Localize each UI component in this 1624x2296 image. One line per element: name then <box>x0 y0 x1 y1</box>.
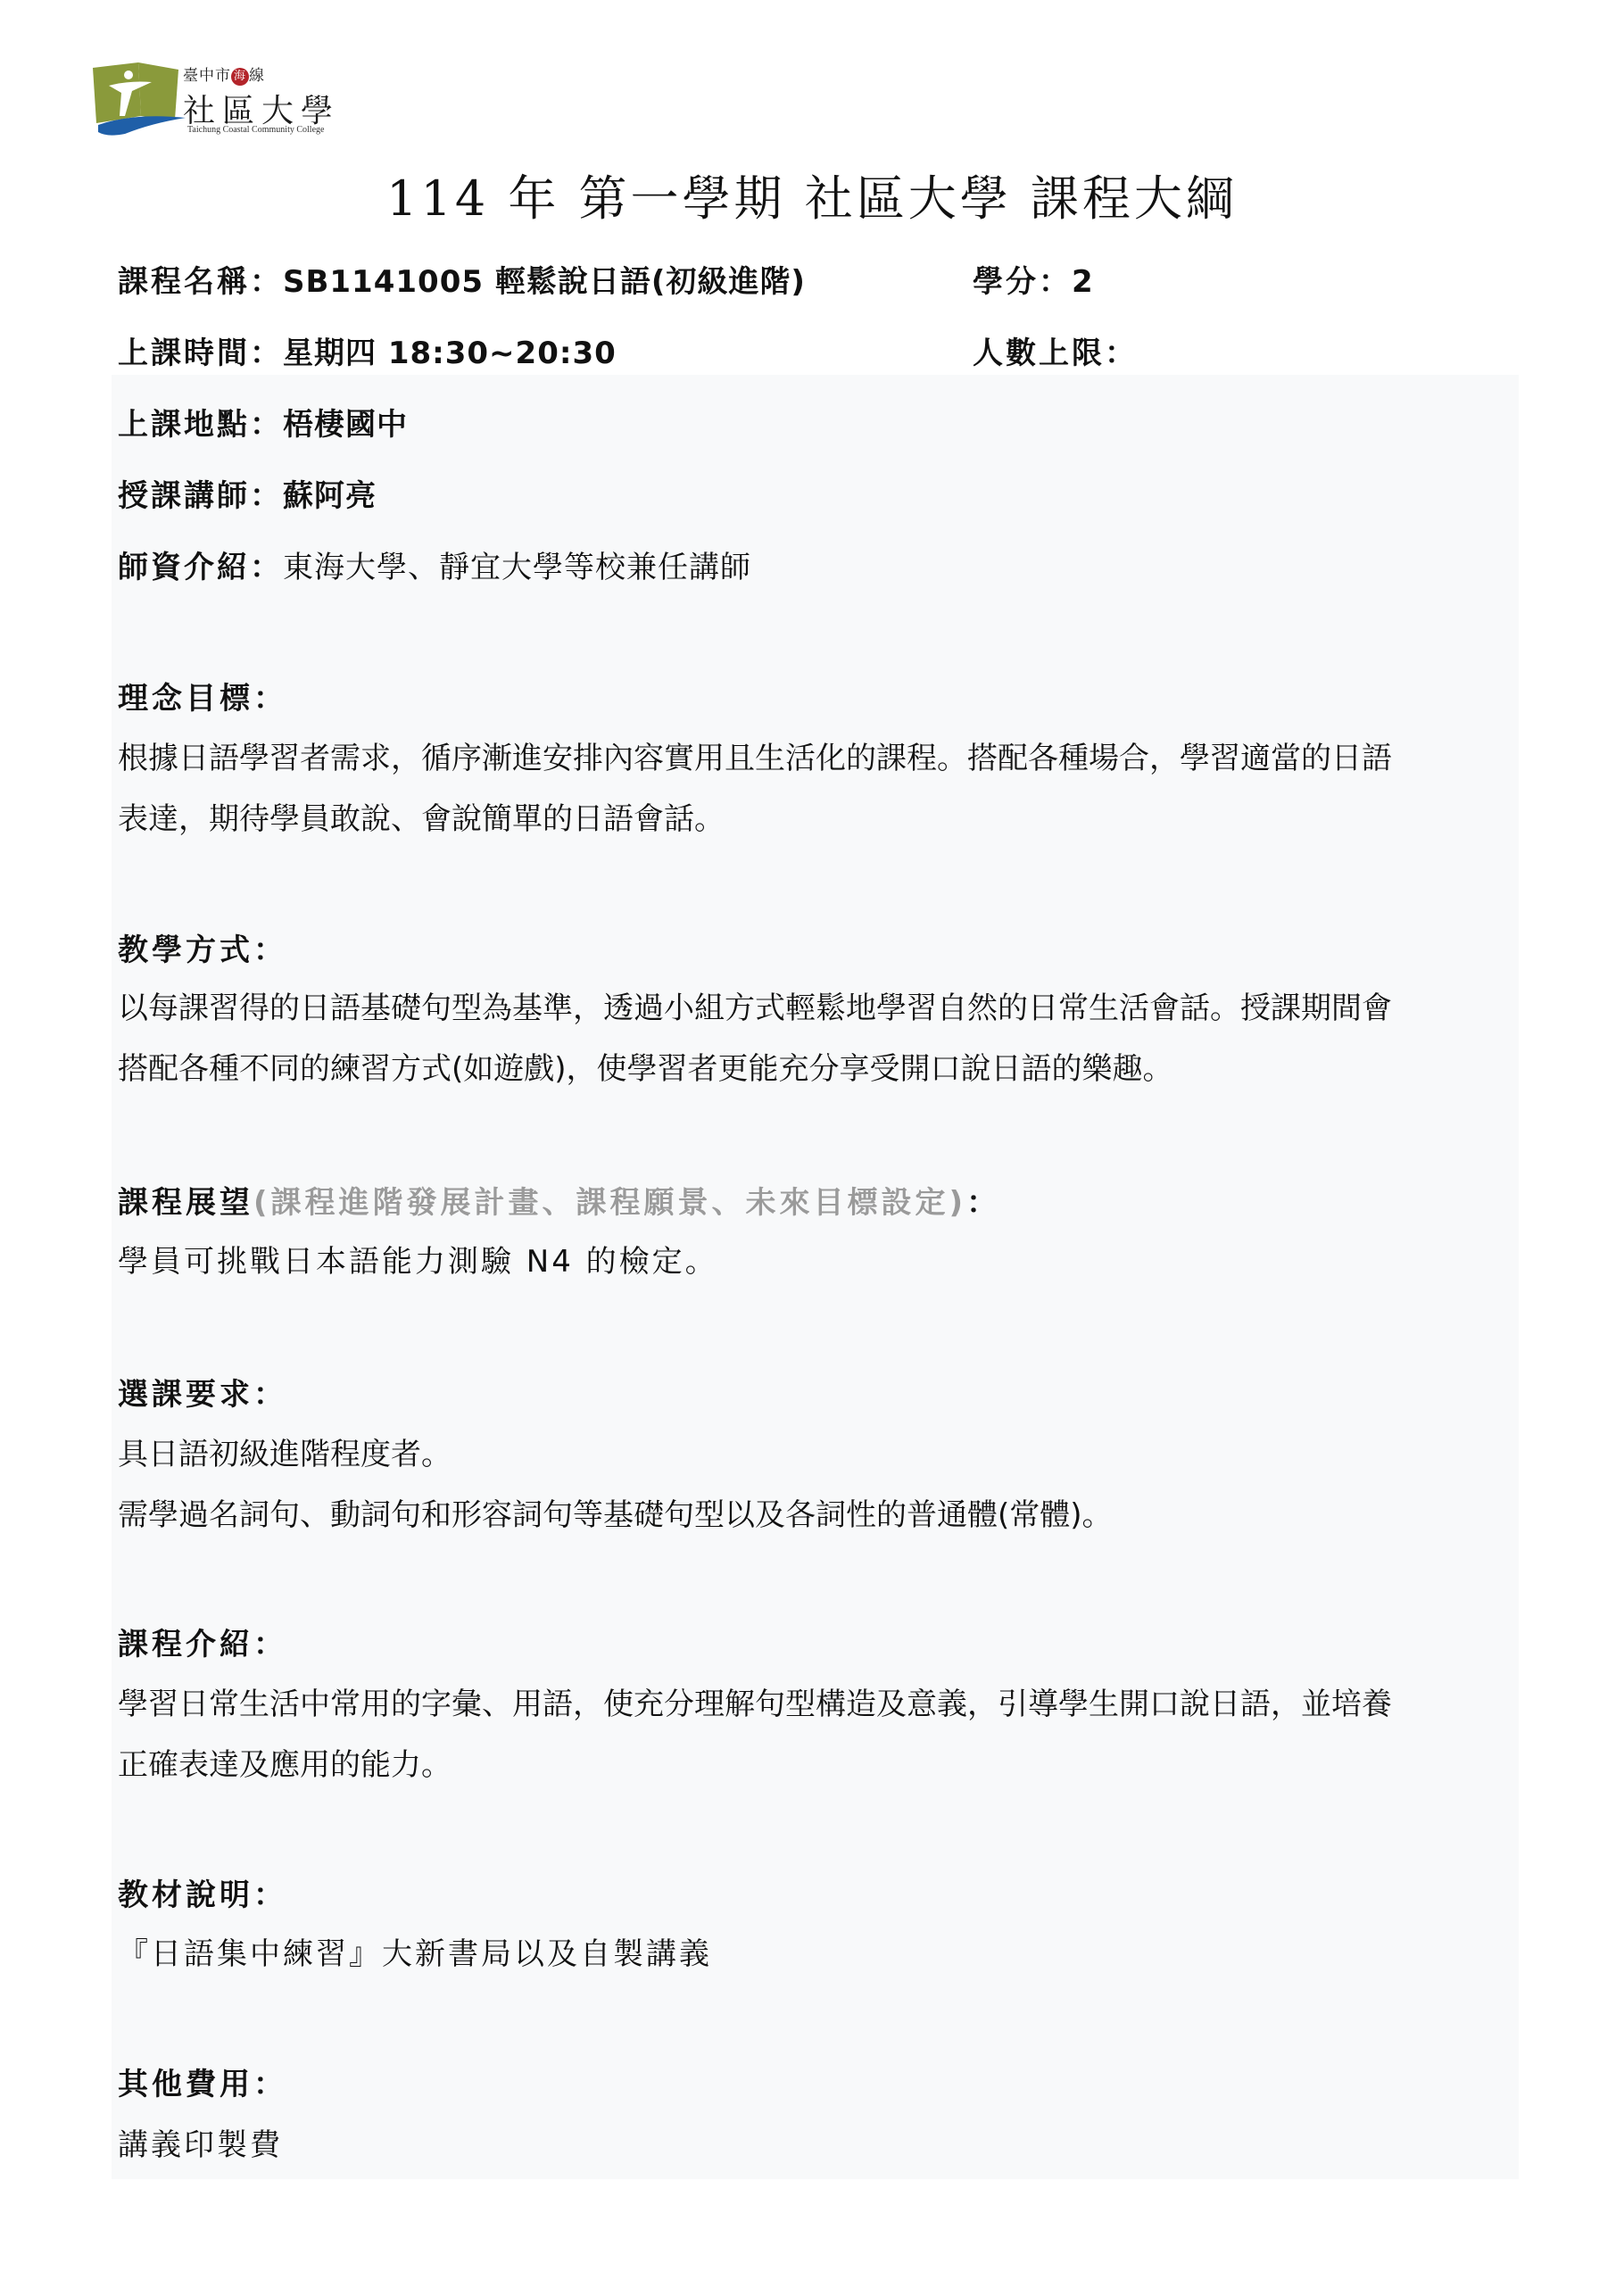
outlook-text: 學員可挑戰日本語能力測驗 N4 的檢定。 <box>118 1231 1510 1292</box>
logo-book-icon <box>89 61 187 141</box>
time-row: 上課時間：星期四 18:30~20:30 <box>118 328 617 372</box>
method-heading: 教學方式： <box>118 925 287 969</box>
intro-text: 學習日常生活中常用的字彙、用語，使充分理解句型構造及意義，引導學生開口說日語，並… <box>118 1674 1510 1795</box>
requirements-heading: 選課要求： <box>118 1370 287 1413</box>
outlook-hint: (課程進階發展計畫、課程願景、未來目標設定) <box>253 1185 966 1221</box>
location-row: 上課地點：梧棲國中 <box>118 400 408 443</box>
time-value: 星期四 18:30~20:30 <box>283 336 617 371</box>
location-value: 梧棲國中 <box>283 407 408 443</box>
logo-english-name: Taichung Coastal Community College <box>187 125 324 135</box>
bio-row: 師資介紹：東海大學、靜宜大學等校兼任講師 <box>118 543 751 586</box>
instructor-row: 授課講師：蘇阿亮 <box>118 471 377 515</box>
bio-value: 東海大學、靜宜大學等校兼任講師 <box>283 550 751 585</box>
method-text: 以每課習得的日語基礎句型為基準，透過小組方式輕鬆地學習自然的日常生活會話。授課期… <box>118 978 1510 1099</box>
capacity-row: 人數上限： <box>973 328 1138 372</box>
course-name-label: 課程名稱： <box>118 264 283 300</box>
materials-heading: 教材說明： <box>118 1870 287 1914</box>
course-name-row: 課程名稱：SB1141005 輕鬆說日語(初級進階) <box>118 257 806 301</box>
outlook-heading: 課程展望(課程進階發展計畫、課程願景、未來目標設定)： <box>118 1178 1000 1222</box>
fees-text: 講義印製費 <box>118 2115 1510 2176</box>
page-title: 114 年 第一學期 社區大學 課程大綱 <box>0 161 1624 229</box>
philosophy-heading: 理念目標： <box>118 674 287 717</box>
credits-label: 學分： <box>973 264 1072 300</box>
instructor-label: 授課講師： <box>118 478 283 514</box>
materials-text: 『日語集中練習』大新書局以及自製講義 <box>118 1924 1510 1985</box>
location-label: 上課地點： <box>118 407 283 443</box>
intro-heading: 課程介紹： <box>118 1620 287 1663</box>
capacity-label: 人數上限： <box>973 336 1138 371</box>
credits-value: 2 <box>1072 264 1096 300</box>
logo-city-text: 臺中市海線 <box>183 62 265 86</box>
school-logo: 臺中市海線 社區大學 Taichung Coastal Community Co… <box>89 54 357 143</box>
time-label: 上課時間： <box>118 336 283 371</box>
logo-seal-icon: 海 <box>231 68 249 86</box>
instructor-value: 蘇阿亮 <box>283 478 377 514</box>
course-name-value: SB1141005 輕鬆說日語(初級進階) <box>283 264 806 300</box>
philosophy-text: 根據日語學習者需求，循序漸進安排內容實用且生活化的課程。搭配各種場合，學習適當的… <box>118 728 1510 850</box>
bio-label: 師資介紹： <box>118 550 283 585</box>
credits-row: 學分：2 <box>973 257 1096 301</box>
fees-heading: 其他費用： <box>118 2060 287 2103</box>
requirements-text: 具日語初級進階程度者。 需學過名詞句、動詞句和形容詞句等基礎句型以及各詞性的普通… <box>118 1424 1510 1546</box>
